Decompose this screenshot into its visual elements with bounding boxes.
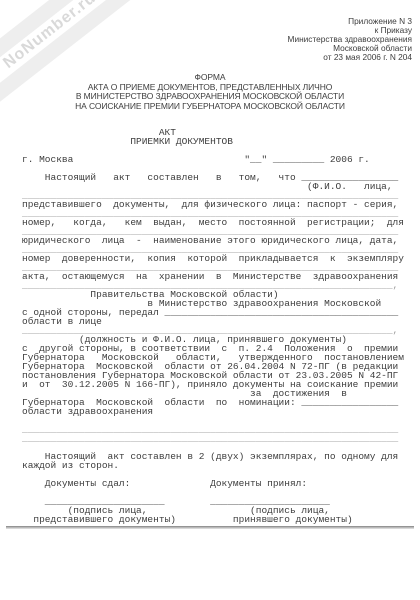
- document-body: АКТ ПРИЕМКИ ДОКУМЕНТОВг. Москва "__" ___…: [22, 128, 404, 524]
- doc-line-37: каждой из сторон.: [22, 461, 404, 470]
- document-page: NoNumber.ru Приложение N 3к ПриказуМинис…: [0, 0, 420, 600]
- doc-line-43: представившего документы) принявшего док…: [22, 515, 404, 524]
- bottom-separator: [6, 526, 414, 529]
- form-title-block: ФОРМААКТА О ПРИЕМЕ ДОКУМЕНТОВ, ПРЕДСТАВЛ…: [0, 73, 420, 111]
- appendix-reference-block: Приложение N 3к ПриказуМинистерства здра…: [288, 17, 412, 62]
- doc-line-1: ПРИЕМКИ ДОКУМЕНТОВ: [22, 137, 404, 146]
- title-line-3: НА СОИСКАНИЕ ПРЕМИИ ГУБЕРНАТОРА МОСКОВСК…: [0, 102, 420, 112]
- doc-line-34: ________________________________________…: [22, 434, 404, 443]
- doc-line-39: Документы сдал: Документы принял:: [22, 479, 404, 488]
- appendix-line-4: от 23 мая 2006 г. N 204: [288, 53, 412, 62]
- doc-line-3: г. Москва "__" _________ 2006 г.: [22, 155, 404, 164]
- doc-line-31: области здравоохранения: [22, 407, 404, 416]
